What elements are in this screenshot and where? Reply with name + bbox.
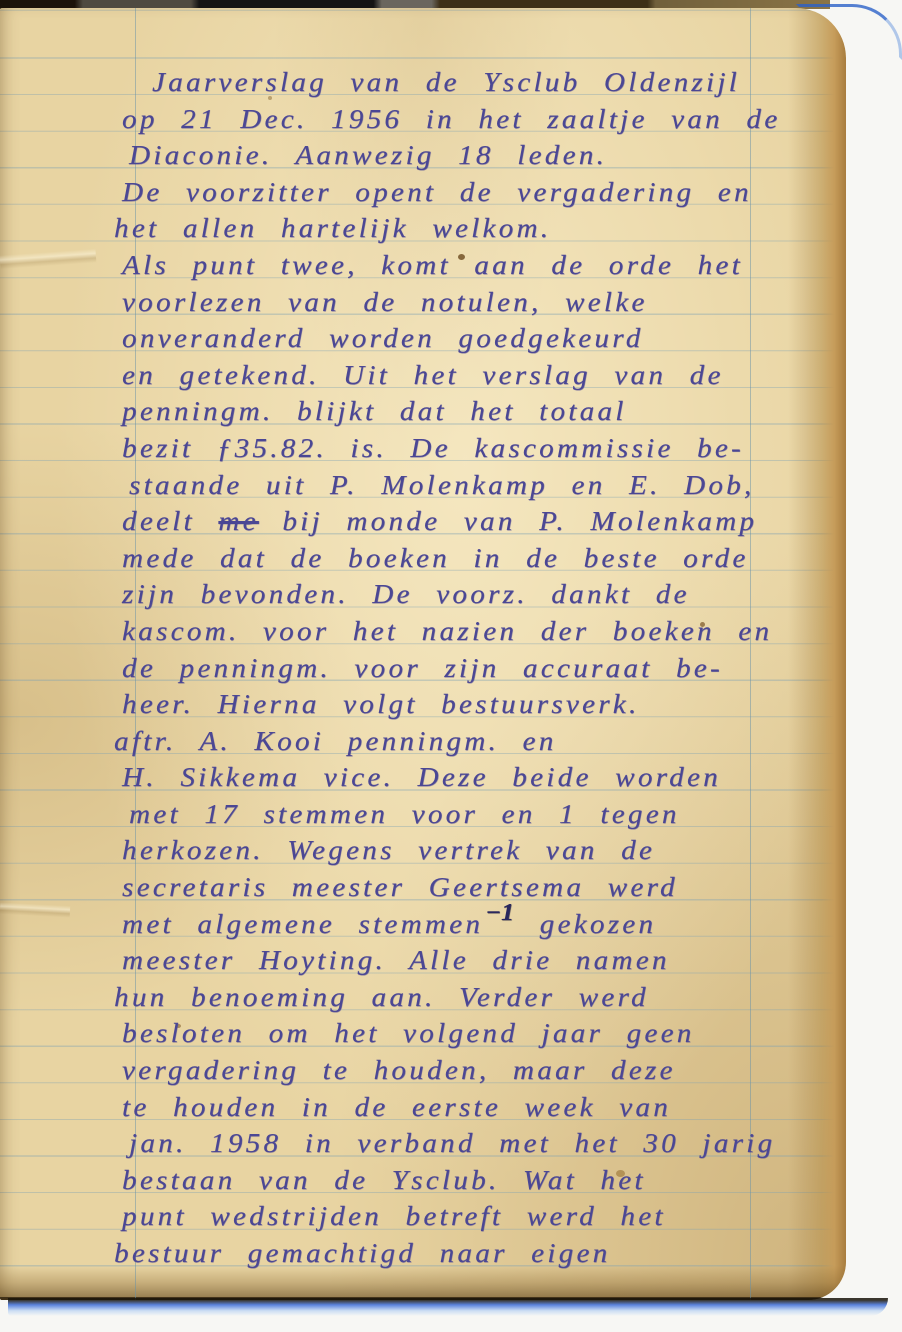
handwritten-line: mede dat de boeken in de beste orde xyxy=(122,540,867,577)
handwritten-line: kascom. voor het nazien der boeken en xyxy=(122,613,867,650)
handwritten-line: penningm. blijkt dat het totaal xyxy=(122,393,867,430)
handwritten-text: Jaarverslag van de Ysclub Oldenzijlop 21… xyxy=(122,64,812,1272)
handwritten-line: Jaarverslag van de Ysclub Oldenzijl xyxy=(152,64,865,101)
paper-crease xyxy=(0,902,70,918)
handwritten-line: bezit ƒ35.82. is. De kascommissie be- xyxy=(122,430,867,467)
handwritten-line: De voorzitter opent de vergadering en xyxy=(122,174,867,211)
handwritten-line: staande uit P. Molenkamp en E. Dob, xyxy=(129,467,867,504)
handwritten-line: te houden in de eerste week van xyxy=(122,1089,867,1126)
paper-crease xyxy=(0,249,96,270)
handwritten-line: jan. 1958 in verband met het 30 jarig xyxy=(129,1125,867,1162)
handwritten-line: de penningm. voor zijn accuraat be- xyxy=(122,650,867,687)
handwritten-line: aftr. A. Kooi penningm. en xyxy=(114,723,868,760)
scanner-blue-streak-top xyxy=(796,4,902,60)
handwritten-line: bestaan van de Ysclub. Wat het xyxy=(122,1162,867,1199)
handwritten-line: bestuur gemachtigd naar eigen xyxy=(114,1235,868,1272)
handwritten-line: deelt me bij monde van P. Molenkamp xyxy=(122,503,867,540)
superscript-correction: −1 xyxy=(485,895,514,932)
handwritten-line: punt wedstrijden betreft werd het xyxy=(122,1198,867,1235)
handwritten-line: herkozen. Wegens vertrek van de xyxy=(122,832,867,869)
handwritten-line: Als punt twee, komt aan de orde het xyxy=(122,247,867,284)
handwritten-line: het allen hartelijk welkom. xyxy=(114,210,868,247)
handwritten-line: onveranderd worden goedgekeurd xyxy=(122,320,867,357)
handwritten-line: besloten om het volgend jaar geen xyxy=(122,1015,867,1052)
scanner-blue-glow-bottom xyxy=(8,1298,888,1316)
handwritten-line: met algemene stemmen−1 gekozen xyxy=(122,906,867,943)
handwritten-line: vergadering te houden, maar deze xyxy=(122,1052,867,1089)
handwritten-line: Diaconie. Aanwezig 18 leden. xyxy=(129,137,867,174)
handwritten-line: hun benoeming aan. Verder werd xyxy=(114,979,868,1016)
handwritten-line: op 21 Dec. 1956 in het zaaltje van de xyxy=(122,101,867,138)
handwritten-line: heer. Hierna volgt bestuursverk. xyxy=(122,686,867,723)
struck-through-word: me xyxy=(218,506,258,536)
handwritten-line: H. Sikkema vice. Deze beide worden xyxy=(122,759,867,796)
handwritten-line: met 17 stemmen voor en 1 tegen xyxy=(129,796,867,833)
handwritten-line: voorlezen van de notulen, welke xyxy=(122,284,867,321)
handwritten-line: en getekend. Uit het verslag van de xyxy=(122,357,867,394)
scanned-notebook-page: Jaarverslag van de Ysclub Oldenzijlop 21… xyxy=(0,0,902,1332)
handwritten-line: zijn bevonden. De voorz. dankt de xyxy=(122,576,867,613)
handwritten-line: meester Hoyting. Alle drie namen xyxy=(122,942,867,979)
